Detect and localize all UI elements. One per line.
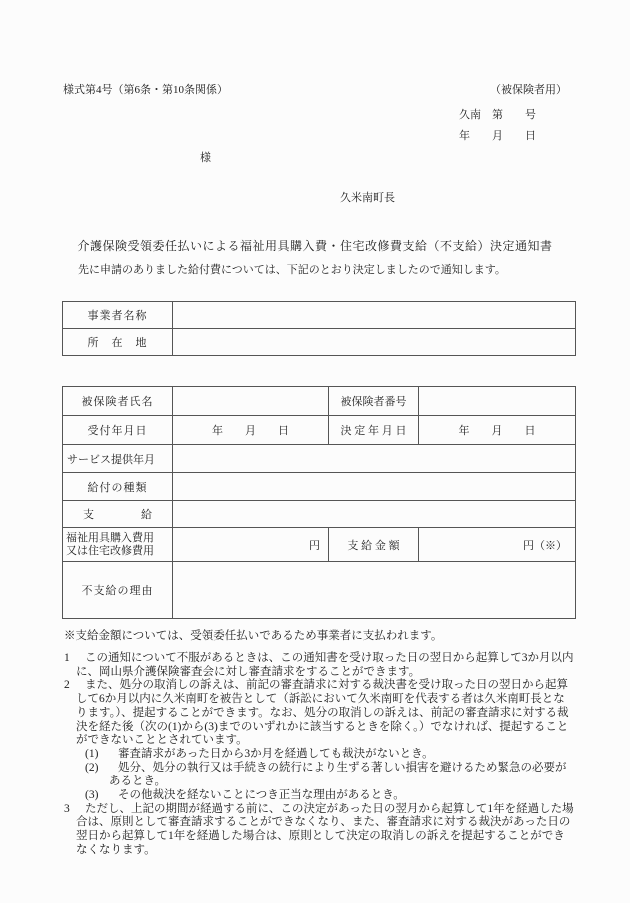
notice-text: 処分、処分の執行又は手続きの続行により生ずる著しい損害を避けるため緊急の必要があ… xyxy=(109,762,567,788)
legal-notices: 1この通知について不服があるときは、この通知書を受け取った日の翌日から起算して3… xyxy=(64,652,576,858)
intro-sentence: 先に申請のありました給付費については、下記のとおり決定しましたので通知します。 xyxy=(78,261,506,277)
business-table: 事業者名称 所 在 地 xyxy=(62,301,576,356)
amount-unit: 円（※） xyxy=(419,528,576,562)
payment-label-right: 給 xyxy=(141,506,152,522)
notice-text: 審査請求があった日から3か月を経過しても裁決がないとき。 xyxy=(118,748,434,760)
notice-item-2: 2また、処分の取消しの訴えは、前記の審査請求に対する裁決書を受け取った日の翌日か… xyxy=(64,679,576,748)
digit-boxes xyxy=(419,400,575,403)
notice-text: その他裁決を経ないことにつき正当な理由があるとき。 xyxy=(118,789,405,801)
benefit-type-value xyxy=(173,473,576,501)
notice-subitem-1: (1)審査請求があった日から3か月を経過しても裁決がないとき。 xyxy=(85,748,576,762)
denial-reason-label: 不支給の理由 xyxy=(63,562,173,619)
cost-label-line2: 又は住宅改修費用 xyxy=(66,545,169,558)
date-line: 年 月 日 xyxy=(459,126,536,147)
cost-unit: 円 xyxy=(173,528,329,562)
document-title: 介護保険受領委任払いによる福祉用具購入費・住宅改修費支給（不支給）決定通知書 xyxy=(0,237,630,254)
decision-date-label: 決 定 年 月 日 xyxy=(329,416,419,445)
table-row: 不支給の理由 xyxy=(63,562,576,619)
business-address-value xyxy=(173,329,576,356)
table-row: 支 給 xyxy=(63,501,576,528)
insured-number-label: 被保険者番号 xyxy=(329,387,419,416)
notice-number: 2 xyxy=(64,679,85,693)
decision-date-value: 年 月 日 xyxy=(419,416,576,445)
document-number-block: 久南 第 号 年 月 日 xyxy=(459,105,536,147)
payment-label: 支 給 xyxy=(63,501,173,528)
notice-number: (2) xyxy=(85,762,118,776)
cost-label: 福祉用具購入費用 又は住宅改修費用 xyxy=(63,528,173,562)
service-month-label: サービス提供年月 xyxy=(63,445,173,473)
table-row: 事業者名称 xyxy=(63,302,576,329)
business-name-label: 事業者名称 xyxy=(63,302,173,329)
notice-number: (3) xyxy=(85,789,118,803)
business-address-label: 所 在 地 xyxy=(63,329,173,356)
document-number-line: 久南 第 号 xyxy=(459,105,536,126)
sender-name: 久米南町長 xyxy=(340,189,395,205)
payment-note: ※支給金額については、受領委任払いであるため事業者に支払われます。 xyxy=(64,627,442,643)
insured-name-label: 被保険者氏名 xyxy=(63,387,173,416)
receipt-date-value: 年 月 日 xyxy=(173,416,329,445)
notice-text: また、処分の取消しの訴えは、前記の審査請求に対する裁決書を受け取った日の翌日から… xyxy=(76,679,569,746)
notice-subitem-2: (2)処分、処分の執行又は手続きの続行により生ずる著しい損害を避けるため緊急の必… xyxy=(85,762,576,789)
notice-number: 3 xyxy=(64,803,85,817)
receipt-date-label: 受付年月日 xyxy=(63,416,173,445)
table-row: 被保険者氏名 被保険者番号 xyxy=(63,387,576,416)
form-number: 様式第4号（第6条・第10条関係） xyxy=(63,81,228,97)
table-row: 給付の種類 xyxy=(63,473,576,501)
addressee-honorific: 様 xyxy=(200,149,211,165)
document-page: 様式第4号（第6条・第10条関係） （被保険者用） 久南 第 号 年 月 日 様… xyxy=(0,0,630,903)
amount-label: 支 給 金 額 xyxy=(329,528,419,562)
notice-number: 1 xyxy=(64,652,85,666)
decision-detail-table: 被保険者氏名 被保険者番号 受付年月日 年 xyxy=(62,386,576,619)
denial-reason-value xyxy=(173,562,576,619)
notice-item-1: 1この通知について不服があるときは、この通知書を受け取った日の翌日から起算して3… xyxy=(64,652,576,679)
notice-number: (1) xyxy=(85,748,118,762)
for-insured-label: （被保険者用） xyxy=(490,81,567,97)
notice-subitem-3: (3)その他裁決を経ないことにつき正当な理由があるとき。 xyxy=(85,789,576,803)
insured-name-value xyxy=(173,387,329,416)
service-month-value xyxy=(173,445,576,473)
notice-item-3: 3ただし、上記の期間が経過する前に、この決定があった日の翌月から起算して1年を経… xyxy=(64,803,576,858)
table-row: サービス提供年月 xyxy=(63,445,576,473)
table-row: 福祉用具購入費用 又は住宅改修費用 円 支 給 金 額 円（※） xyxy=(63,528,576,562)
payment-value xyxy=(173,501,576,528)
cost-label-line1: 福祉用具購入費用 xyxy=(66,532,169,545)
payment-label-left: 支 xyxy=(83,506,94,522)
table-row: 受付年月日 年 月 日 決 定 年 月 日 年 月 日 xyxy=(63,416,576,445)
business-name-value xyxy=(173,302,576,329)
benefit-type-label: 給付の種類 xyxy=(63,473,173,501)
insured-number-boxes xyxy=(419,387,576,416)
table-row: 所 在 地 xyxy=(63,329,576,356)
notice-text: この通知について不服があるときは、この通知書を受け取った日の翌日から起算して3か… xyxy=(76,652,574,678)
notice-text: ただし、上記の期間が経過する前に、この決定があった日の翌月から起算して1年を経過… xyxy=(76,803,574,856)
